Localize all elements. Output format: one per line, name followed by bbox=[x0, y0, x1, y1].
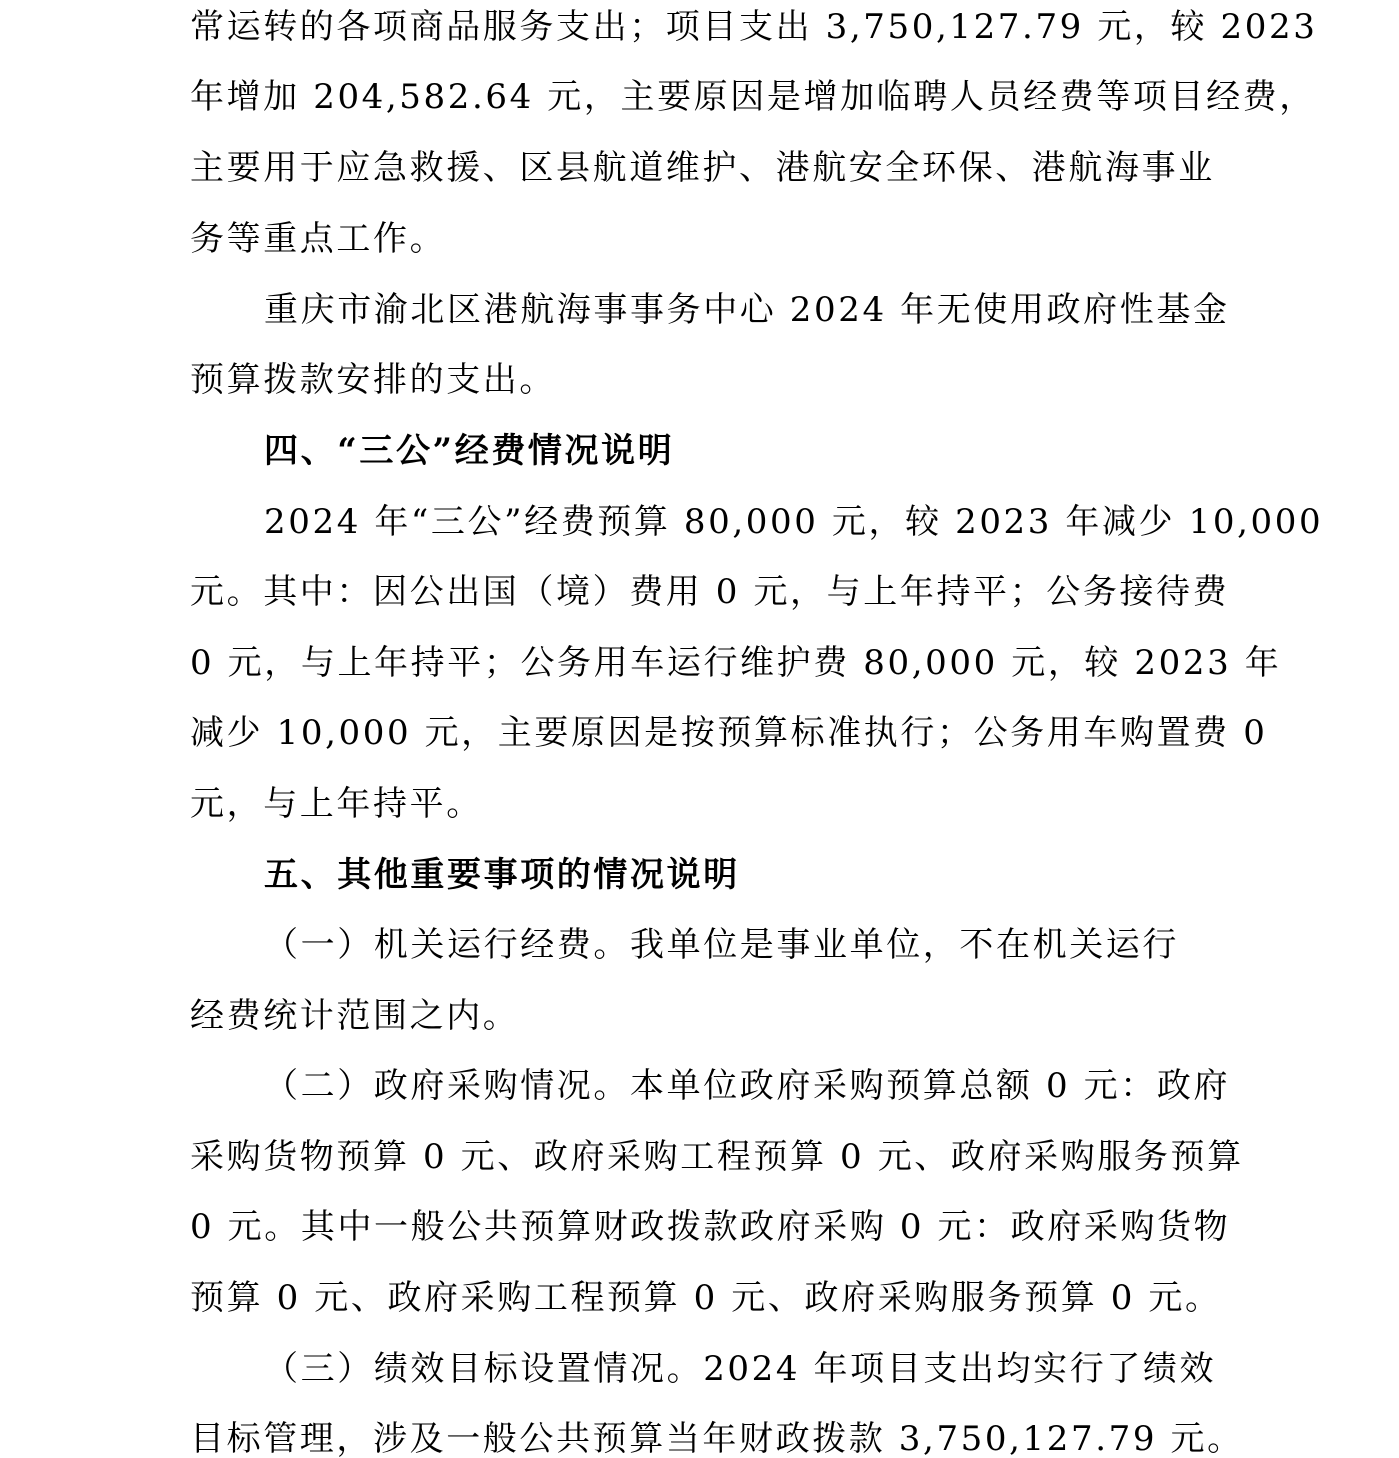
text-line: 采购货物预算 0 元、政府采购工程预算 0 元、政府采购服务预算 bbox=[190, 1134, 1244, 1180]
section-heading-other-matters: 五、其他重要事项的情况说明 bbox=[264, 852, 740, 898]
text-line: 元。其中：因公出国（境）费用 0 元，与上年持平；公务接待费 bbox=[190, 569, 1229, 615]
text-line: 目标管理，涉及一般公共预算当年财政拨款 3,750,127.79 元。 bbox=[190, 1416, 1244, 1458]
text-line: 元，与上年持平。 bbox=[190, 781, 483, 827]
section-heading-sangong: 四、“三公”经费情况说明 bbox=[264, 428, 674, 474]
text-line: 经费统计范围之内。 bbox=[190, 993, 519, 1039]
text-line: 主要用于应急救援、区县航道维护、港航安全环保、港航海事业 bbox=[190, 145, 1215, 191]
paragraph-start: 2024 年“三公”经费预算 80,000 元，较 2023 年减少 10,00… bbox=[264, 499, 1323, 545]
subsection-procurement: （二）政府采购情况。本单位政府采购预算总额 0 元：政府 bbox=[264, 1063, 1230, 1109]
text-line: 务等重点工作。 bbox=[190, 216, 446, 262]
text-line: 0 元，与上年持平；公务用车运行维护费 80,000 元，较 2023 年 bbox=[190, 640, 1281, 686]
paragraph-start: 重庆市渝北区港航海事事务中心 2024 年无使用政府性基金 bbox=[264, 287, 1230, 333]
text-line: 年增加 204,582.64 元，主要原因是增加临聘人员经费等项目经费， bbox=[190, 74, 1316, 120]
subsection-operating-costs: （一）机关运行经费。我单位是事业单位，不在机关运行 bbox=[264, 922, 1179, 968]
text-line: 0 元。其中一般公共预算财政拨款政府采购 0 元：政府采购货物 bbox=[190, 1204, 1230, 1250]
text-line: 预算 0 元、政府采购工程预算 0 元、政府采购服务预算 0 元。 bbox=[190, 1275, 1222, 1321]
text-line: 减少 10,000 元，主要原因是按预算标准执行；公务用车购置费 0 bbox=[190, 710, 1267, 756]
text-line: 常运转的各项商品服务支出；项目支出 3,750,127.79 元，较 2023 bbox=[190, 4, 1317, 50]
text-line: 预算拨款安排的支出。 bbox=[190, 357, 556, 403]
subsection-performance-goals: （三）绩效目标设置情况。2024 年项目支出均实行了绩效 bbox=[264, 1346, 1216, 1392]
